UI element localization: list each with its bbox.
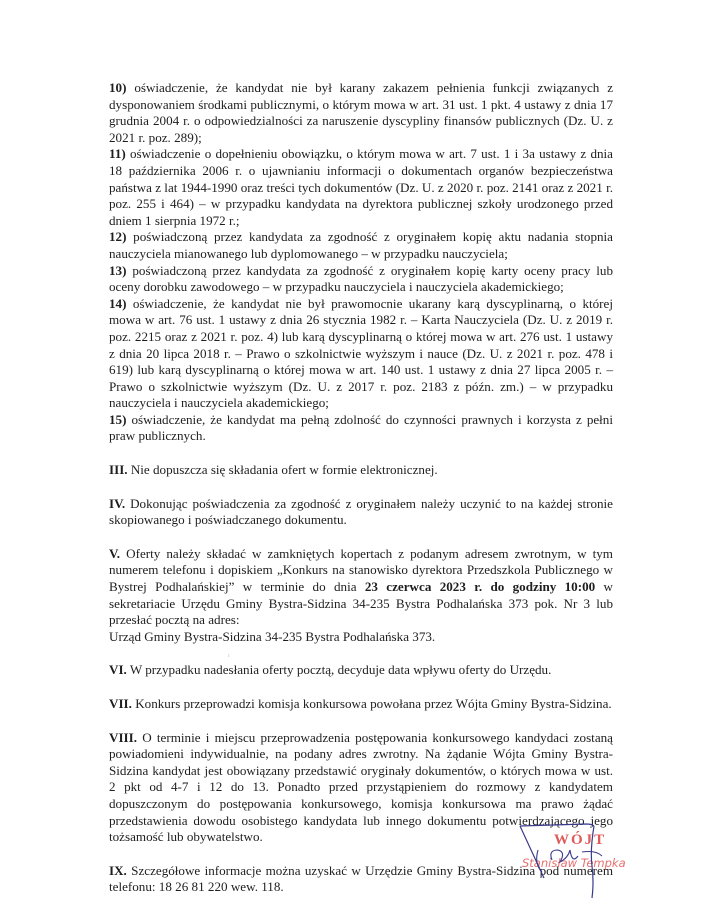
section-iv: IV. Dokonując poświadczenia za zgodność … [109, 496, 613, 529]
official-stamp: WÓJT Stanisław Tempka [508, 820, 668, 900]
item-13: 13) poświadczoną przez kandydata za zgod… [109, 263, 613, 296]
item-text: oświadczenie, że kandydat nie był karany… [109, 80, 613, 145]
document-page: 10) oświadczenie, że kandydat nie był ka… [109, 80, 613, 896]
section-iii: III. Nie dopuszcza się składania ofert w… [109, 462, 613, 479]
item-number: 12) [109, 229, 126, 244]
stray-pen-mark: ʳ [228, 652, 230, 661]
item-10: 10) oświadczenie, że kandydat nie był ka… [109, 80, 613, 146]
item-text: poświadczoną przez kandydata za zgodność… [109, 229, 613, 261]
item-15: 15) oświadczenie, że kandydat ma pełną z… [109, 412, 613, 445]
item-text: poświadczoną przez kandydata za zgodność… [109, 263, 613, 295]
section-text: W przypadku nadesłania oferty pocztą, de… [127, 662, 552, 677]
submission-deadline: 23 czerwca 2023 r. do godziny 10:00 [365, 579, 595, 594]
mailing-address: Urząd Gminy Bystra-Sidzina 34-235 Bystra… [109, 629, 435, 644]
item-text: oświadczenie o dopełnieniu obowiązku, o … [109, 146, 613, 227]
section-number: V. [109, 546, 120, 561]
section-number: VIII. [109, 730, 137, 745]
item-text: oświadczenie, że kandydat nie był prawom… [109, 296, 613, 411]
section-number: VI. [109, 662, 127, 677]
item-12: 12) poświadczoną przez kandydata za zgod… [109, 229, 613, 262]
section-v: V. Oferty należy składać w zamkniętych k… [109, 546, 613, 646]
handwritten-signature-icon [508, 820, 668, 900]
item-text: oświadczenie, że kandydat ma pełną zdoln… [109, 412, 613, 444]
section-number: VII. [109, 696, 132, 711]
item-number: 15) [109, 412, 126, 427]
section-number: IV. [109, 496, 125, 511]
item-number: 10) [109, 80, 126, 95]
section-number: IX. [109, 863, 127, 878]
section-text: Nie dopuszcza się składania ofert w form… [128, 462, 438, 477]
item-14: 14) oświadczenie, że kandydat nie był pr… [109, 296, 613, 412]
item-11: 11) oświadczenie o dopełnieniu obowiązku… [109, 146, 613, 229]
item-number: 13) [109, 263, 126, 278]
item-number: 11) [109, 146, 126, 161]
section-text: Konkurs przeprowadzi komisja konkursowa … [132, 696, 612, 711]
section-vi: VI. W przypadku nadesłania oferty pocztą… [109, 662, 613, 679]
item-number: 14) [109, 296, 126, 311]
section-text: Dokonując poświadczenia za zgodność z or… [109, 496, 613, 528]
section-vii: VII. Konkurs przeprowadzi komisja konkur… [109, 696, 613, 713]
section-number: III. [109, 462, 128, 477]
